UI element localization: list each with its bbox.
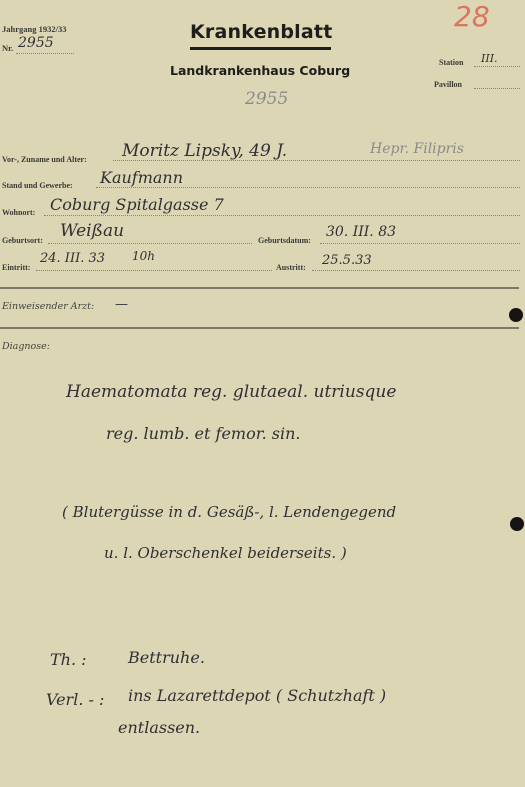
residence-label: Wohnort: (2, 208, 35, 217)
discharge-label: Austritt: (276, 263, 306, 272)
birthdate-label: Geburtsdatum: (258, 236, 311, 245)
hospital-name: Landkrankenhaus Coburg (170, 63, 350, 78)
station-label: Station (439, 58, 463, 67)
name-age-value: Moritz Lipsky, 49 J. (122, 141, 287, 161)
diagnosis-label: Diagnose: (2, 341, 50, 352)
punch-hole-lower (510, 517, 524, 531)
section-rule-top (0, 287, 519, 289)
discharge-line (312, 270, 520, 271)
nr-line (16, 53, 74, 54)
pavillon-line (474, 88, 520, 89)
name-age-label: Vor-, Zuname und Alter: (2, 155, 87, 164)
referring-doctor-value: — (115, 297, 128, 312)
birthdate-line (320, 243, 520, 244)
birthplace-label: Geburtsort: (2, 236, 43, 245)
residence-value: Coburg Spitalgasse 7 (50, 195, 224, 214)
nr-label: Nr. (2, 43, 13, 53)
transfer-label: Verl. - : (46, 690, 104, 709)
occupation-label: Stand und Gewerbe: (2, 181, 73, 190)
document-title: Krankenblatt (190, 21, 332, 43)
punch-hole-upper (509, 308, 523, 322)
name-age-line (113, 160, 520, 161)
discharge-value: 25.5.33 (322, 253, 372, 268)
station-line (474, 66, 520, 67)
admission-time: 10h (132, 249, 155, 263)
red-page-number: 28 (454, 0, 490, 33)
nr-value: 2955 (18, 35, 54, 51)
diagnosis-line-2: reg. lumb. et femor. sin. (106, 424, 301, 443)
diagnosis-line-4: u. l. Oberschenkel beiderseits. ) (104, 544, 347, 562)
section-rule-bottom (0, 327, 519, 329)
diagnosis-line-1: Haematomata reg. glutaeal. utriusque (66, 382, 396, 402)
occupation-line (96, 187, 520, 188)
diagnosis-line-3: ( Blutergüsse in d. Gesäß-, l. Lendengeg… (62, 503, 396, 521)
birthplace-line (48, 243, 252, 244)
file-number: 2955 (245, 89, 288, 109)
therapy-label: Th. : (50, 650, 87, 669)
transfer-value-cont: entlassen. (118, 718, 200, 737)
title-underline (190, 47, 331, 50)
year-label: Jahrgang 1932/33 (2, 24, 66, 34)
residence-line (44, 215, 520, 216)
admission-line (36, 270, 272, 271)
transfer-value: ins Lazarettdepot ( Schutzhaft ) (128, 686, 386, 705)
admission-value: 24. III. 33 (40, 251, 105, 266)
pavillon-label: Pavillon (434, 80, 462, 89)
birthdate-value: 30. III. 83 (326, 224, 396, 240)
birthplace-value: Weißau (60, 221, 124, 241)
station-value: III. (481, 52, 498, 65)
referring-doctor-label: Einweisender Arzt: (2, 301, 94, 312)
admission-label: Eintritt: (2, 263, 30, 272)
therapy-value: Bettruhe. (128, 648, 205, 667)
name-age-note: Hepr. Filipris (370, 141, 464, 157)
occupation-value: Kaufmann (100, 168, 183, 187)
